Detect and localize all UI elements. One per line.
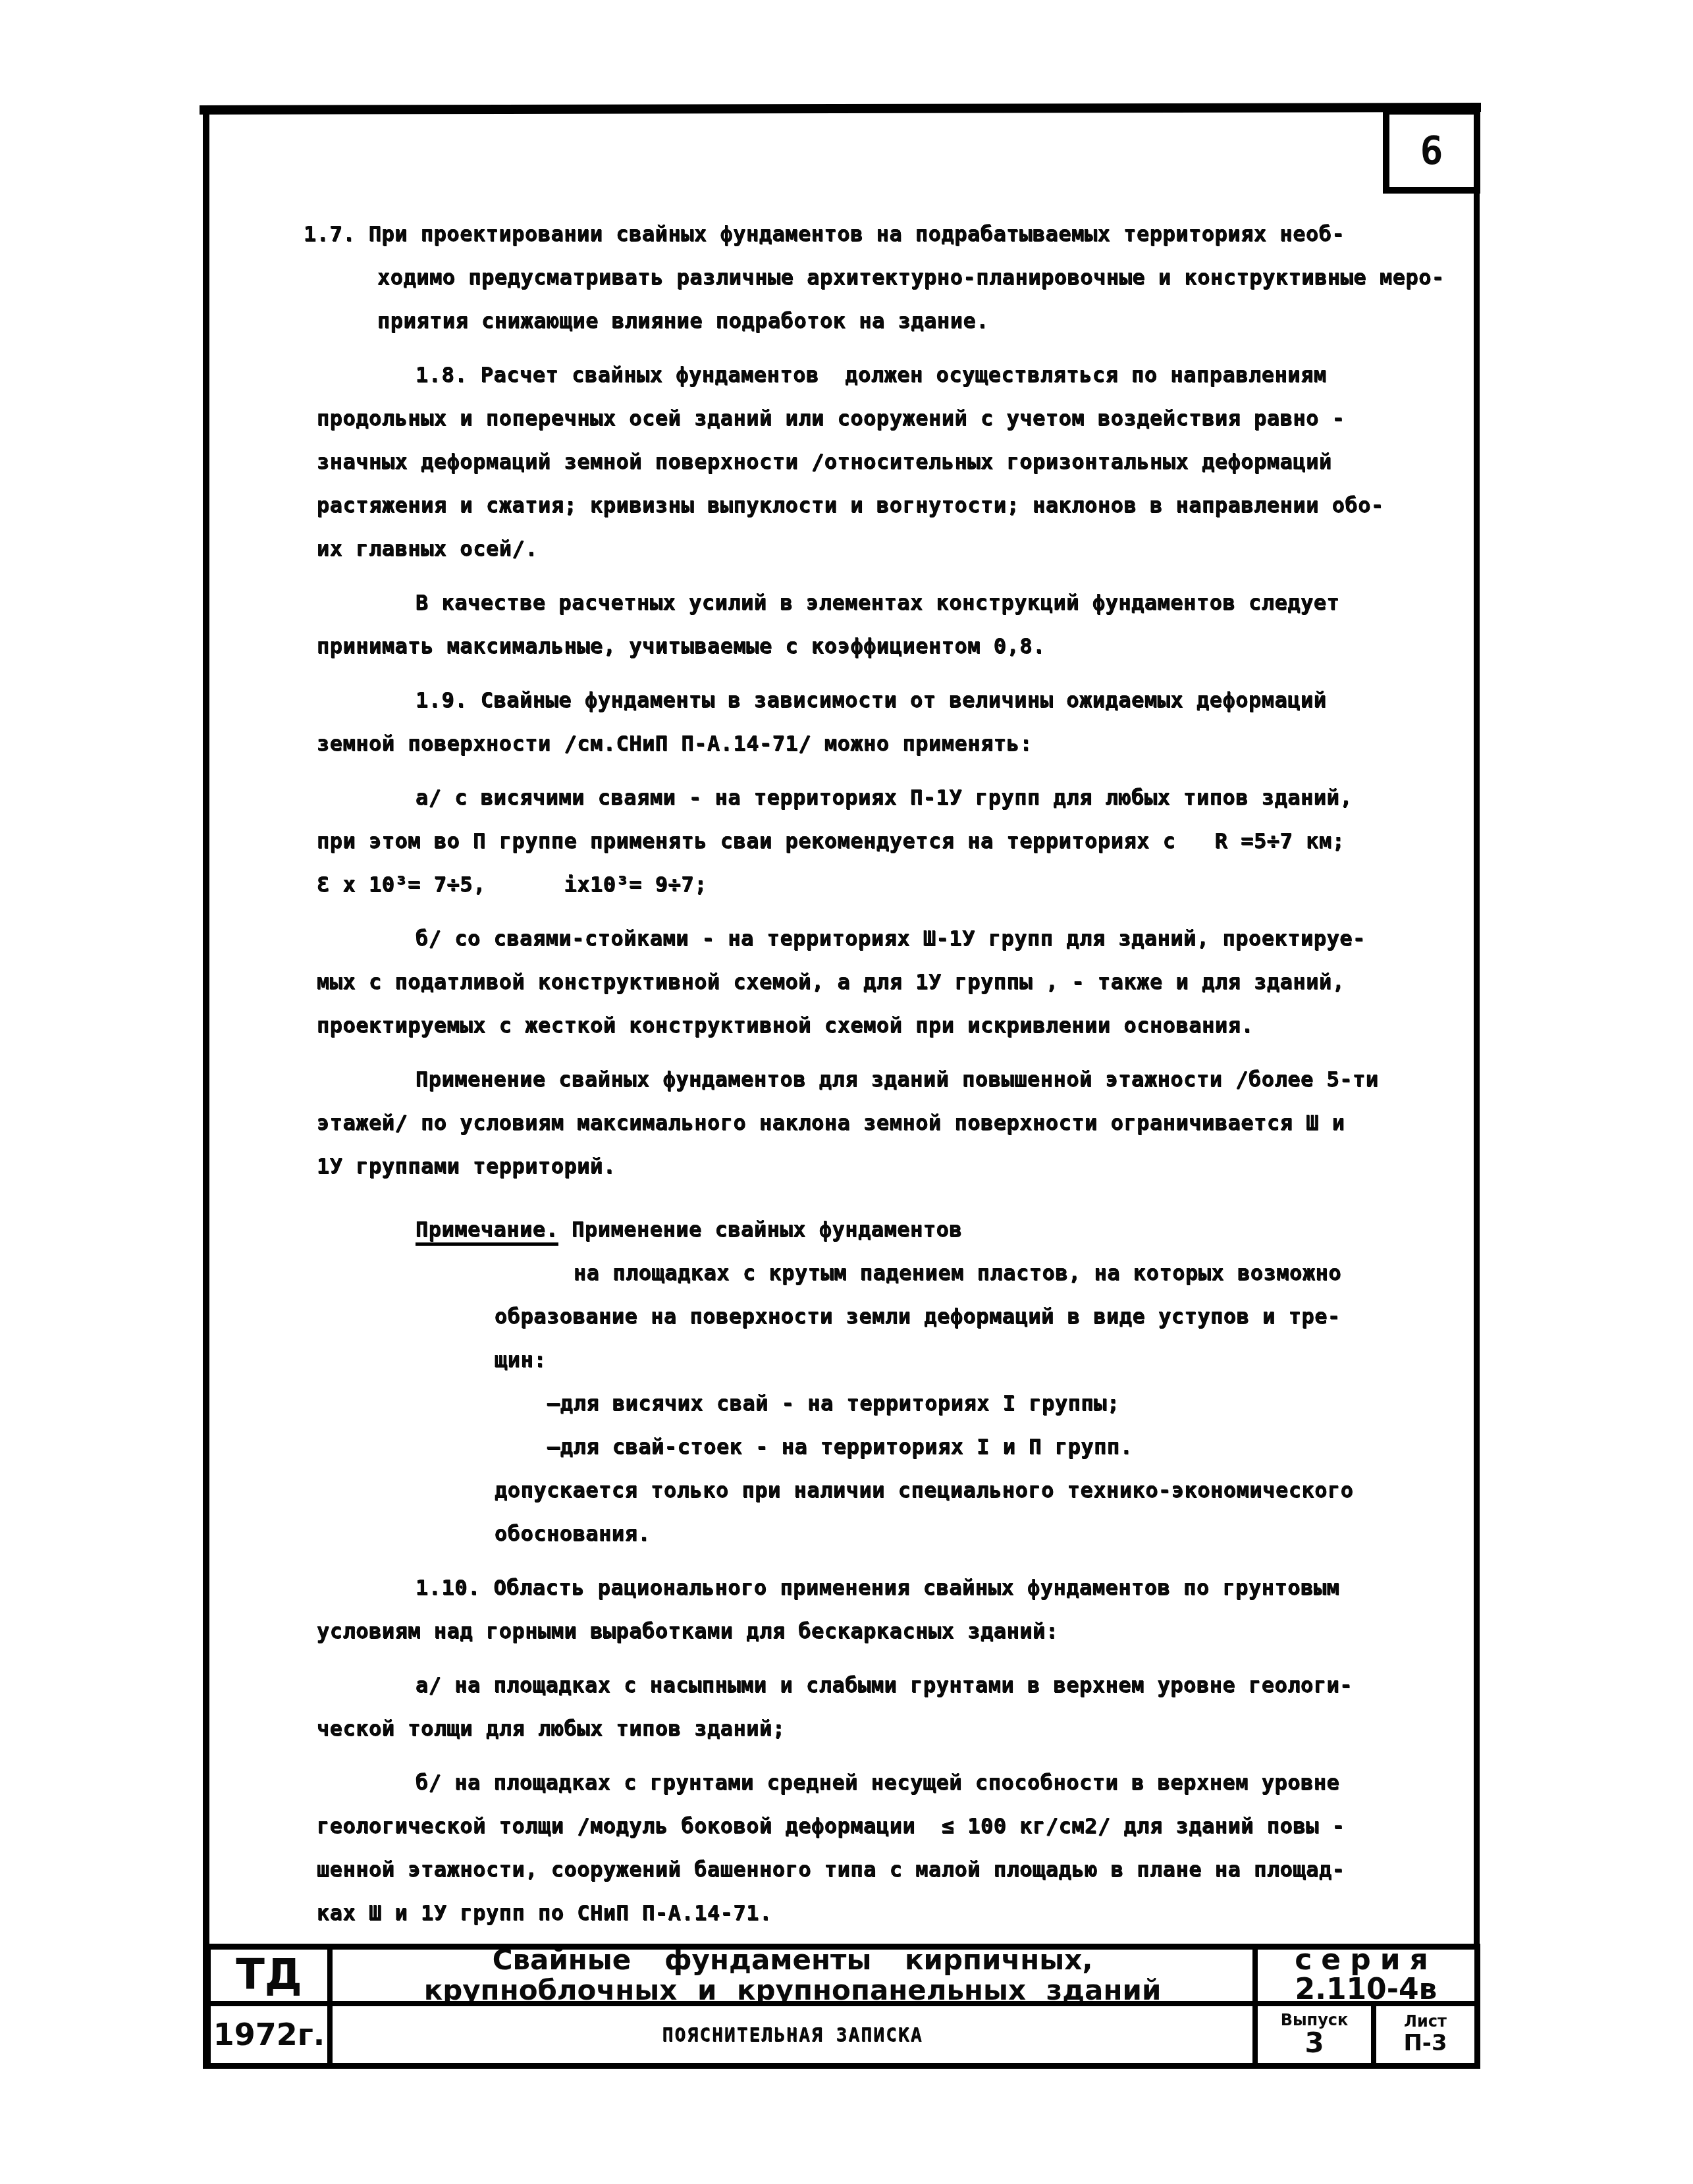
series-number: 2.110-4в — [1295, 1975, 1438, 2005]
issue-number: 3 — [1304, 2029, 1324, 2058]
text-line: ках Ш и 1У групп по СНиП П-А.14-71. — [317, 1891, 1480, 1934]
text-line: Примечание. Применение свайных фундамент… — [416, 1208, 1480, 1251]
series-cell: серия 2.110-4в — [1258, 1950, 1474, 2006]
text-line: 1У группами территорий. — [317, 1144, 1480, 1188]
text-line: геологической толщи /модуль боковой дефо… — [317, 1804, 1480, 1848]
text-line: —для свай-стоек - на территориях I и П г… — [547, 1425, 1480, 1468]
text-line: земной поверхности /см.СНиП П-А.14-71/ м… — [317, 722, 1480, 765]
org-cell: ТД — [211, 1950, 333, 2006]
text-line: на площадках с крутым падением пластов, … — [574, 1251, 1480, 1294]
year-label: 1972г. — [213, 2017, 325, 2052]
text-line: 1.10. Область рационального применения с… — [416, 1566, 1480, 1609]
document-body: 1.7. При проектировании свайных фундамен… — [205, 212, 1480, 1934]
title-cell: Свайные фундаменты кирпичных, крупноблоч… — [333, 1950, 1258, 2006]
text-line: шенной этажности, сооружений башенного т… — [317, 1848, 1480, 1891]
text-line: а/ с висячими сваями - на территориях П-… — [416, 776, 1480, 819]
sheet-label: Лист — [1404, 2013, 1447, 2030]
page-number: 6 — [1420, 128, 1443, 173]
text-line: мых с податливой конструктивной схемой, … — [317, 960, 1480, 1003]
text-line: щин: — [495, 1338, 1480, 1381]
page-border-top — [200, 103, 1481, 115]
text-line: их главных осей/. — [317, 527, 1480, 570]
text-line: 1.9. Свайные фундаменты в зависимости от… — [416, 678, 1480, 722]
text-line: продольных и поперечных осей зданий или … — [317, 396, 1480, 440]
document-page: 6 1.7. При проектировании свайных фундам… — [0, 0, 1693, 2184]
series-label: серия — [1295, 1950, 1438, 1975]
text-line: проектируемых с жесткой конструктивной с… — [317, 1003, 1480, 1047]
text-line: приятия снижающие влияние подработок на … — [377, 299, 1480, 342]
text-line: Ɛ x 10³= 7÷5, ix10³= 9÷7; — [317, 863, 1480, 906]
document-title-line2: крупноблочных и крупнопанельных зданий — [424, 1975, 1162, 2006]
year-cell: 1972г. — [211, 2006, 333, 2063]
page-number-box: 6 — [1383, 108, 1480, 194]
text-line: ческой толщи для любых типов зданий; — [317, 1707, 1480, 1750]
doc-type-label: ПОЯСНИТЕЛЬНАЯ ЗАПИСКА — [662, 2024, 923, 2046]
org-label: ТД — [236, 1954, 302, 1996]
issue-cell: Выпуск 3 — [1258, 2006, 1376, 2063]
doc-type-cell: ПОЯСНИТЕЛЬНАЯ ЗАПИСКА — [333, 2006, 1258, 2063]
text-line: допускается только при наличии специальн… — [495, 1468, 1480, 1512]
text-line: а/ на площадках с насыпными и слабыми гр… — [416, 1663, 1480, 1707]
text-line: условиям над горными выработками для бес… — [317, 1609, 1480, 1653]
text-line: образование на поверхности земли деформа… — [495, 1294, 1480, 1338]
sheet-cell: Лист П-3 — [1376, 2006, 1474, 2063]
text-line: растяжения и сжатия; кривизны выпуклости… — [317, 483, 1480, 527]
text-line: 1.8. Расчет свайных фундаментов должен о… — [416, 353, 1480, 396]
title-block: ТД Свайные фундаменты кирпичных, крупноб… — [205, 1944, 1480, 2069]
text-line: при этом во П группе применять сваи реко… — [317, 819, 1480, 863]
note-underlined-label: Примечание. — [416, 1217, 558, 1246]
text-line: значных деформаций земной поверхности /о… — [317, 440, 1480, 483]
text-line: В качестве расчетных усилий в элементах … — [416, 581, 1480, 624]
text-line: б/ со сваями-стойками - на территориях Ш… — [416, 917, 1480, 960]
text-line: 1.7. При проектировании свайных фундамен… — [304, 212, 1480, 255]
text-line: этажей/ по условиям максимального наклон… — [317, 1101, 1480, 1144]
text-line: —для висячих свай - на территориях I гру… — [547, 1381, 1480, 1425]
document-title-line1: Свайные фундаменты кирпичных, — [493, 1950, 1093, 1975]
sheet-number: П-3 — [1403, 2030, 1447, 2056]
text-line: обоснования. — [495, 1512, 1480, 1555]
text-line: б/ на площадках с грунтами средней несущ… — [416, 1761, 1480, 1804]
text-line: Применение свайных фундаментов для здани… — [416, 1057, 1480, 1101]
text-line: ходимо предусматривать различные архитек… — [377, 255, 1480, 299]
text-line: принимать максимальные, учитываемые с ко… — [317, 624, 1480, 668]
